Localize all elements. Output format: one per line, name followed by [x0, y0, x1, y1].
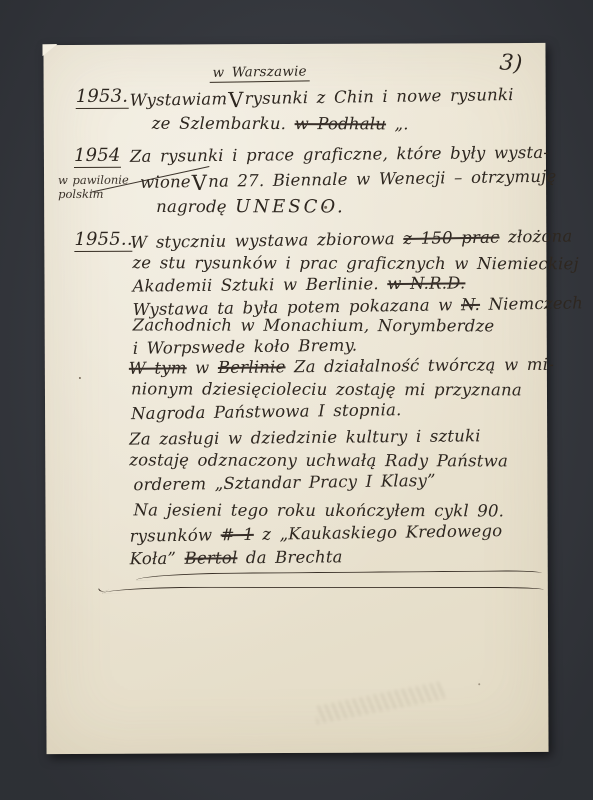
dust-speck [324, 206, 327, 209]
text-segment: Akademii Sztuki w Berlinie. [132, 274, 378, 295]
year-label-1954: 1954 [74, 145, 121, 168]
text-line: W styczniu wystawa zbiorowa z 150 prac z… [130, 226, 572, 252]
text-line: Koła” Bertol da Brechta [130, 547, 343, 568]
strikethrough-text: z 150 prac [403, 228, 499, 248]
text-line: ze stu rysunków i prac graficznych w Nie… [132, 253, 578, 273]
dust-speck [478, 683, 480, 685]
text-segment: na 27. Biennale w Wenecji – otrzymuję [208, 167, 557, 191]
text-segment: w [195, 358, 210, 377]
text-segment: Niemczech [488, 293, 583, 313]
manuscript-photo: 3) w Warszawie 1953. WystawiamVrysunki z… [0, 0, 593, 800]
text-line: Na jesieni tego roku ukończyłem cykl 90. [133, 500, 504, 520]
text-line: Zachodnich w Monachium, Norymberdze [133, 315, 495, 335]
strikethrough-text: N. [461, 295, 480, 314]
insertion-note-warszawie: w Warszawie [209, 63, 309, 82]
unesco-word: UNESCO. [235, 196, 346, 217]
text-segment: rysunków [129, 525, 212, 545]
text-line: rysunków # 1 z „Kaukaskiego Kredowego [129, 521, 502, 546]
text-segment: złożona [508, 226, 573, 246]
text-segment: ze Szlembarku. [152, 114, 286, 133]
torn-corner [42, 44, 57, 56]
separator-line [136, 570, 542, 580]
text-segment: z „Kaukaskiego Kredowego [262, 521, 502, 544]
text-segment: nagrodę [156, 197, 227, 216]
year-label-1955: 1955.. [74, 229, 133, 252]
text-segment: Za działalność twórczą w mi- [294, 355, 554, 376]
dust-speck [79, 377, 81, 379]
text-line: wioneVna 27. Biennale w Wenecji – otrzym… [140, 167, 557, 192]
text-segment: da Brechta [246, 547, 343, 567]
show-through-smudge [314, 681, 445, 724]
text-line: i Worpswede koło Bremy. [133, 336, 358, 358]
separator-line [102, 587, 544, 594]
text-line: ze Szlembarku. w Podhalu „. [152, 114, 409, 134]
text-line: orderem „Sztandar Pracy I Klasy” [133, 471, 436, 494]
text-segment: W styczniu wystawa zbiorowa [130, 229, 395, 252]
strikethrough-text: # 1 [221, 525, 254, 544]
text-line: Za rysunki i prace graficzne, które były… [130, 143, 549, 166]
text-segment: rysunki z Chin i nowe rysunki [244, 85, 513, 108]
text-line: nagrodę UNESCO. [156, 196, 346, 217]
text-line: nionym dziesięcioleciu zostaję mi przyzn… [131, 379, 522, 399]
text-line: WystawiamVrysunki z Chin i nowe rysunki [130, 85, 514, 110]
text-line: W tym w Berlinie Za działalność twórczą … [129, 355, 554, 378]
strikethrough-text: Bertol [185, 548, 238, 568]
strikethrough-text: w N.R.D. [387, 273, 465, 293]
margin-note: polskim [58, 187, 103, 201]
year-label-1953: 1953. [76, 86, 129, 109]
text-segment: Wystawiam [130, 89, 228, 109]
caret-mark: V [228, 95, 244, 105]
strikethrough-text: Berlinie [218, 357, 286, 377]
text-line: Za zasługi w dziedzinie kultury i sztuki [129, 426, 481, 448]
page-number: 3) [499, 50, 524, 76]
strikethrough-text: w Podhalu [295, 114, 387, 133]
caret-mark: V [192, 178, 208, 188]
paper-sheet: 3) w Warszawie 1953. WystawiamVrysunki z… [43, 43, 548, 754]
text-line: Akademii Sztuki w Berlinie. w N.R.D. [132, 273, 465, 295]
text-line: zostaję odznaczony uchwałą Rady Państwa [129, 450, 508, 470]
text-segment: wione [140, 172, 191, 192]
text-line: Nagroda Państwowa I stopnia. [131, 400, 402, 423]
strikethrough-text: W tym [129, 358, 187, 378]
text-segment: Koła” [130, 549, 177, 568]
text-segment: „. [394, 114, 408, 133]
